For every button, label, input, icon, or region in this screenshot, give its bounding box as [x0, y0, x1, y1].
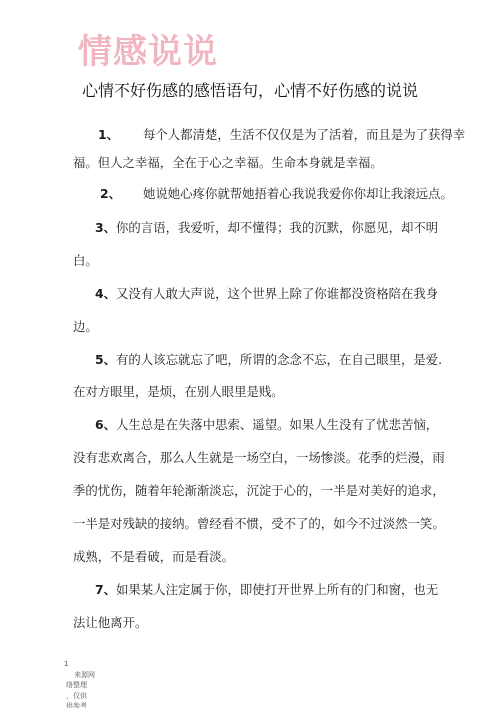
item-text: 她说她心疼你就帮她捂着心我说我爱你你却让我滚远点。 [143, 186, 453, 201]
page-number: 1 [64, 659, 95, 670]
list-item-1-line-2: 福。但人之幸福，全在于心之幸福。生命本身就是幸福。 [73, 155, 383, 171]
list-item-4-line-2: 边。 [73, 319, 98, 335]
list-item-3-line-1: 3、你的言语，我爱听，却不懂得；我的沉默，你愿见，却不明 [95, 220, 438, 236]
list-item-2-line-1: 2、她说她心疼你就帮她捂着心我说我爱你你却让我滚远点。 [100, 186, 453, 202]
list-item-6-line-5: 成熟，不是看破，而是看淡。 [73, 549, 234, 565]
document-title: 心情不好伤感的感悟语句，心情不好伤感的说说 [0, 80, 500, 102]
item-number: 3、 [95, 220, 116, 235]
footer-note-line: 络整理 [64, 680, 95, 691]
item-text: 又没有人敢大声说，这个世界上除了你谁都没资格陪在我身 [116, 286, 438, 301]
item-number: 1、 [98, 127, 119, 142]
item-number: 6、 [95, 417, 116, 432]
list-item-3-line-2: 白。 [73, 253, 98, 269]
list-item-7-line-2: 法让他离开。 [73, 615, 147, 631]
footer-note-line: 供参考 [64, 701, 95, 708]
list-item-6-line-1: 6、人生总是在失落中思索、遥望。如果人生没有了忧悲苦恼， [95, 417, 438, 433]
list-item-5-line-2: 在对方眼里，是烦，在别人眼里是贱。 [73, 384, 284, 400]
item-text: 如果某人注定属于你，即使打开世界上所有的门和窗，也无 [116, 582, 438, 597]
footer-note-line: ，仅供 [64, 691, 95, 702]
item-text: 你的言语，我爱听，却不懂得；我的沉默，你愿见，却不明 [116, 220, 438, 235]
item-number: 7、 [95, 582, 116, 597]
item-text: 有的人该忘就忘了吧，所谓的念念不忘，在自己眼里，是爱. [116, 352, 442, 367]
item-number: 2、 [100, 186, 121, 201]
list-item-1-line-1: 1、每个人都清楚，生活不仅仅是为了活着，而且是为了获得幸 [98, 127, 465, 143]
item-text: 每个人都清楚，生活不仅仅是为了活着，而且是为了获得幸 [143, 127, 465, 142]
list-item-6-line-2: 没有悲欢离合，那么人生就是一场空白，一场惨淡。花季的烂漫，雨 [73, 450, 445, 466]
item-number: 4、 [95, 286, 116, 301]
list-item-4-line-1: 4、又没有人敢大声说，这个世界上除了你谁都没资格陪在我身 [95, 286, 438, 302]
list-item-6-line-3: 季的忧伤，随着年轮渐渐淡忘，沉淀于心的，一半是对美好的追求， [73, 483, 445, 499]
list-item-5-line-1: 5、有的人该忘就忘了吧，所谓的念念不忘，在自己眼里，是爱. [95, 352, 442, 368]
footer-note-line: 来源网 [64, 670, 95, 681]
watermark-logo: 情感说说 [78, 32, 218, 72]
list-item-7-line-1: 7、如果某人注定属于你，即使打开世界上所有的门和窗，也无 [95, 582, 438, 598]
page-footer: 1 来源网 络整理 ，仅供 供参考 [64, 659, 95, 708]
item-text: 人生总是在失落中思索、遥望。如果人生没有了忧悲苦恼， [116, 417, 438, 432]
item-number: 5、 [95, 352, 116, 367]
list-item-6-line-4: 一半是对残缺的接纳。曾经看不惯，受不了的，如今不过淡然一笑。 [73, 516, 445, 532]
